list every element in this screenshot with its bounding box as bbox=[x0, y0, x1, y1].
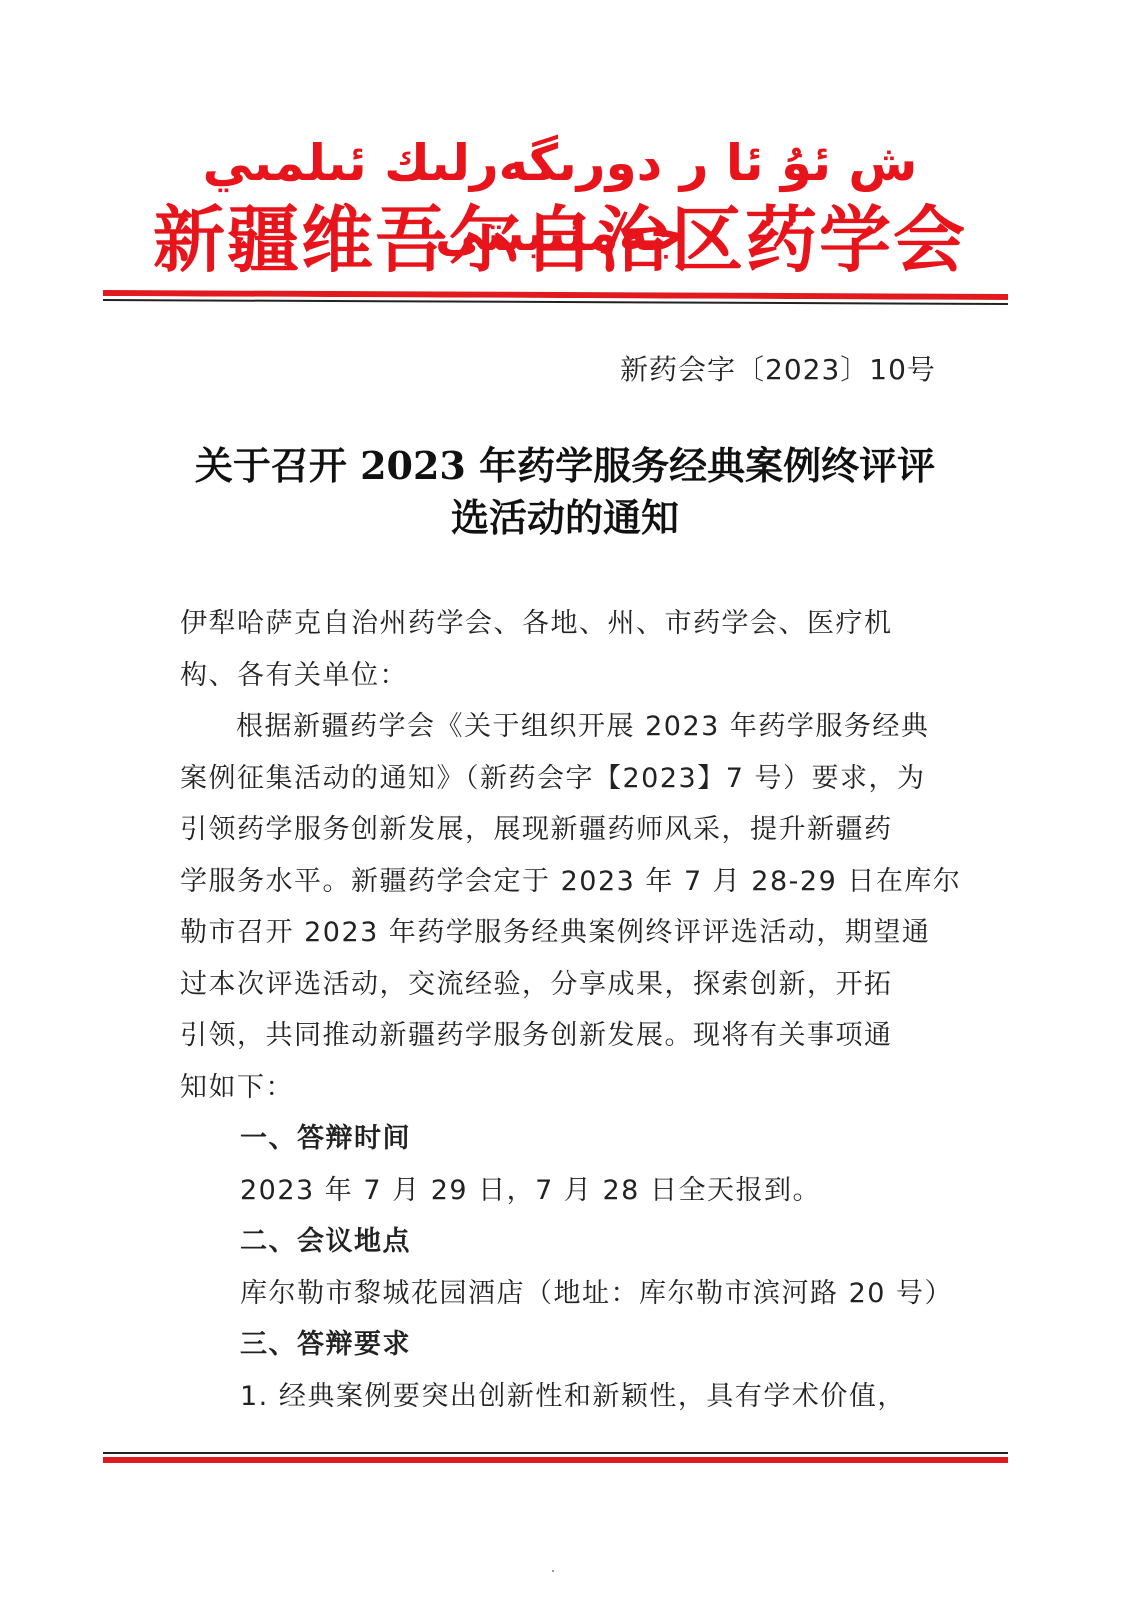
intro-line: 知如下： bbox=[180, 1062, 970, 1114]
intro-line: 学服务水平。新疆药学会定于 2023 年 7 月 28-29 日在库尔 bbox=[180, 856, 970, 908]
section-content-requirements: 1. 经典案例要突出创新性和新颖性，具有学术价值， bbox=[180, 1371, 970, 1423]
section-heading-time: 一、答辩时间 bbox=[180, 1113, 970, 1165]
intro-line: 根据新疆药学会《关于组织开展 2023 年药学服务经典 bbox=[180, 701, 970, 753]
salutation-line-1: 伊犁哈萨克自治州药学会、各地、州、市药学会、医疗机 bbox=[180, 598, 970, 650]
section-heading-requirements: 三、答辩要求 bbox=[180, 1319, 970, 1371]
section-content-time: 2023 年 7 月 29 日，7 月 28 日全天报到。 bbox=[180, 1165, 970, 1217]
footer-divider bbox=[103, 1452, 1008, 1463]
intro-line: 引领药学服务创新发展，展现新疆药师风采，提升新疆药 bbox=[180, 804, 970, 856]
document-number: 新药会字〔2023〕10号 bbox=[620, 348, 936, 388]
intro-line: 引领，共同推动新疆药学服务创新发展。现将有关事项通 bbox=[180, 1010, 970, 1062]
scan-artifact bbox=[552, 1570, 554, 1572]
document-title: 关于召开 2023 年药学服务经典案例终评评 选活动的通知 bbox=[170, 440, 960, 544]
title-line-1: 关于召开 2023 年药学服务经典案例终评评 bbox=[170, 440, 960, 492]
section-heading-venue: 二、会议地点 bbox=[180, 1216, 970, 1268]
intro-line: 勒市召开 2023 年药学服务经典案例终评评选活动，期望通 bbox=[180, 907, 970, 959]
intro-line: 过本次评选活动，交流经验，分享成果，探索创新，开拓 bbox=[180, 959, 970, 1011]
title-line-2: 选活动的通知 bbox=[170, 492, 960, 544]
document-body: 伊犁哈萨克自治州药学会、各地、州、市药学会、医疗机 构、各有关单位： 根据新疆药… bbox=[180, 598, 970, 1422]
header-divider bbox=[103, 290, 1008, 305]
salutation-line-2: 构、各有关单位： bbox=[180, 650, 970, 702]
intro-line: 案例征集活动的通知》（新药会字【2023】7 号）要求，为 bbox=[180, 753, 970, 805]
org-name-chinese: 新疆维吾尔自治区药学会 bbox=[140, 192, 980, 288]
section-content-venue: 库尔勒市黎城花园酒店（地址：库尔勒市滨河路 20 号） bbox=[180, 1268, 970, 1320]
